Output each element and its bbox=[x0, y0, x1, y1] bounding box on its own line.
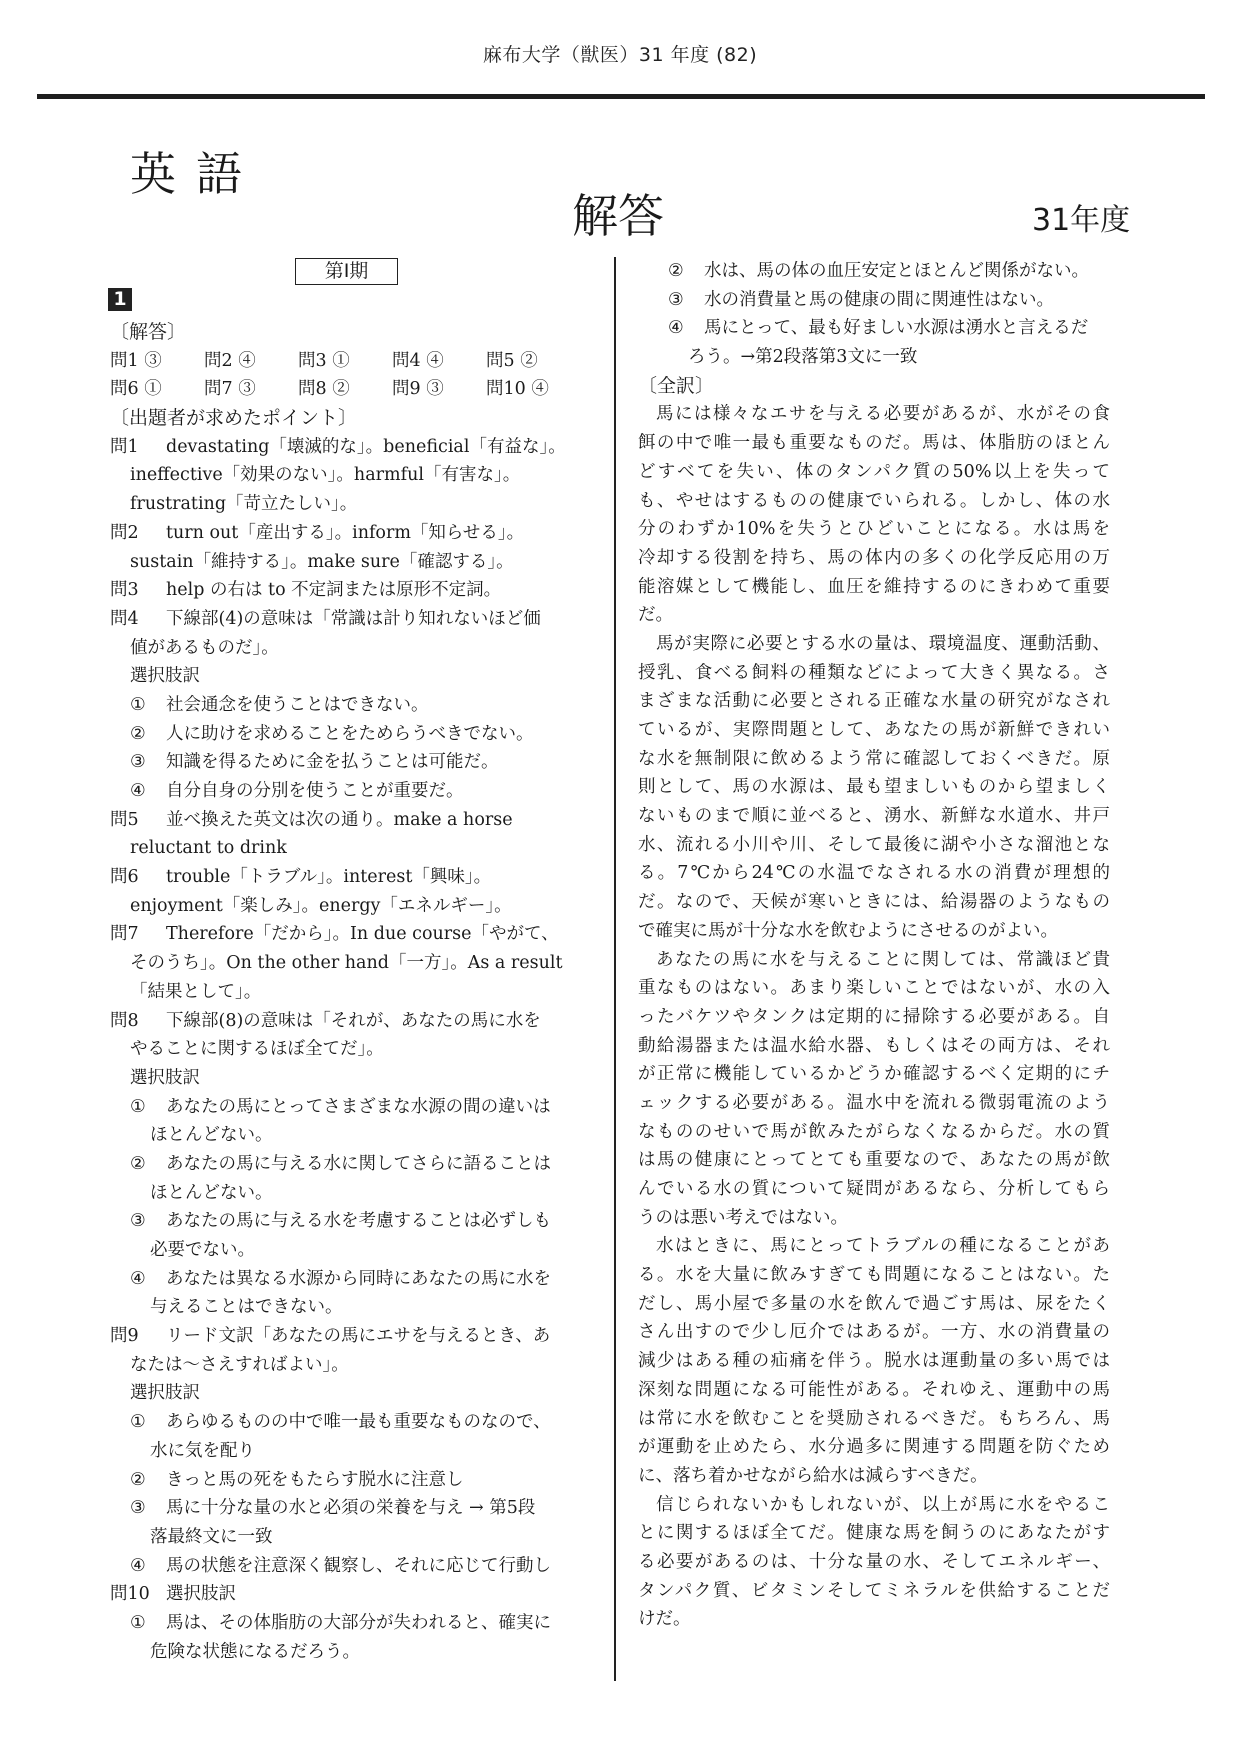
translation-line: る。7℃から24℃の水温でなされる水の消費が理想的 bbox=[638, 859, 1110, 888]
question-explanation-line: 問6trouble「トラブル」。interest「興味」。 bbox=[110, 863, 595, 892]
question-label: 問7 bbox=[110, 920, 166, 949]
translation-line: うのは悪い考えではない。 bbox=[638, 1204, 1110, 1233]
paragraph-start-line: 水はときに、馬にとってトラブルの種になることがあ bbox=[638, 1232, 1110, 1261]
line-text: 与えることはできない。 bbox=[150, 1297, 343, 1317]
choice-number: ① bbox=[130, 1609, 166, 1638]
choice-number: ① bbox=[130, 691, 166, 720]
line-text: 必要でない。 bbox=[150, 1240, 255, 1260]
text-line: frustrating「苛立たしい」。 bbox=[110, 490, 595, 519]
translation-line: ているが、実際問題として、あなたの馬が新鮮できれい bbox=[638, 716, 1110, 745]
choice-line: ①馬は、その体脂肪の大部分が失われると、確実に bbox=[110, 1609, 595, 1638]
answers-heading: 〔解答〕 bbox=[110, 318, 595, 347]
translation-line: が正常に機能しているかどうか確認するべく定期的にチ bbox=[638, 1060, 1110, 1089]
paragraph-start-line: 馬には様々なエサを与える必要があるが、水がその食 bbox=[638, 400, 1110, 429]
question-label: 問10 bbox=[110, 1580, 166, 1609]
text-line: ほとんどない。 bbox=[110, 1179, 595, 1208]
translation-line: だ。なので、天候が寒いときには、給湯器のようなもの bbox=[638, 888, 1110, 917]
line-text: あらゆるものの中で唯一最も重要なものなので、 bbox=[166, 1412, 551, 1432]
translation-line: だし、馬小屋で多量の水を飲んで過ごす馬は、尿をたく bbox=[638, 1290, 1110, 1319]
choice-number: ③ bbox=[130, 1207, 166, 1236]
text-line: やることに関するほぼ全てだ」。 bbox=[110, 1035, 595, 1064]
answer-item: 問8 ② bbox=[298, 375, 376, 404]
explanation-list: 問1devastating「壊滅的な」。beneficial「有益な」。inef… bbox=[110, 433, 595, 1667]
translation-line: とに関するほぼ全てだ。健康な馬を飼うのにあなたがす bbox=[638, 1519, 1110, 1548]
choice-number: ② bbox=[130, 1150, 166, 1179]
line-text: 「結果として」。 bbox=[130, 982, 261, 1002]
translation-line: どすべてを失い、体のタンパク質の50%以上を失って bbox=[638, 458, 1110, 487]
options-continued: ②水は、馬の体の血圧安定とほとんど関係がない。③水の消費量と馬の健康の間に関連性… bbox=[648, 257, 1128, 372]
text-line: そのうち」。On the other hand「一方」。As a result bbox=[110, 949, 595, 978]
question-explanation-line: 問2turn out「産出する」。inform「知らせる」。 bbox=[110, 519, 595, 548]
paragraph-start-line: あなたの馬に水を与えることに関しては、常識ほど貴 bbox=[638, 946, 1110, 975]
translation-line: ェックする必要がある。温水中を流れる微弱電流のよう bbox=[638, 1089, 1110, 1118]
translation-line: 重なものはない。あまり楽しいことではないが、水の入 bbox=[638, 974, 1110, 1003]
line-text: あなたは異なる水源から同時にあなたの馬に水を bbox=[166, 1269, 551, 1289]
line-text: 選択肢訳 bbox=[130, 666, 200, 686]
choice-number: ① bbox=[130, 1093, 166, 1122]
line-text: 知識を得るために金を払うことは可能だ。 bbox=[166, 752, 499, 772]
question-label: 問1 bbox=[110, 433, 166, 462]
translation-line: 冷却する役割を持ち、馬の体内の多くの化学反応用の万 bbox=[638, 544, 1110, 573]
translation-line: な水を無制限に飲めるよう常に確認しておくべきだ。原 bbox=[638, 745, 1110, 774]
translation-line: 分のわずか10%を失うとひどいことになる。水は馬を bbox=[638, 515, 1110, 544]
line-text: 下線部(8)の意味は「それが、あなたの馬に水を bbox=[166, 1011, 541, 1031]
question-explanation-line: 問9リード文訳「あなたの馬にエサを与えるとき、あ bbox=[110, 1322, 595, 1351]
translation-line: も、やせはするものの健康でいられる。しかし、体の水 bbox=[638, 487, 1110, 516]
translation-line: だ。 bbox=[638, 601, 1110, 630]
line-text: そのうち」。On the other hand「一方」。As a result bbox=[130, 953, 562, 973]
translation-line: 水、流れる小川や川、そして最後に湖や小さな溜池とな bbox=[638, 831, 1110, 860]
translation-line: 動給湯器または温水給水器、もしくはその両方は、それ bbox=[638, 1032, 1110, 1061]
line-text: あなたの馬に与える水を考慮することは必ずしも bbox=[166, 1211, 551, 1231]
choice-number: ① bbox=[130, 1408, 166, 1437]
choice-number: ④ bbox=[130, 777, 166, 806]
year-label: 31年度 bbox=[1032, 195, 1130, 239]
line-text: 値があるものだ」。 bbox=[130, 638, 279, 658]
line-text: Therefore「だから」。In due course「やがて、 bbox=[166, 924, 559, 944]
text-line: 選択肢訳 bbox=[110, 1379, 595, 1408]
question-label: 問4 bbox=[110, 605, 166, 634]
choice-number: ④ bbox=[668, 314, 704, 343]
line-text: devastating「壊滅的な」。beneficial「有益な」。 bbox=[166, 437, 566, 457]
line-text: リード文訳「あなたの馬にエサを与えるとき、あ bbox=[166, 1326, 550, 1346]
choice-line: ③知識を得るために金を払うことは可能だ。 bbox=[110, 748, 595, 777]
answer-row-2: 問6 ①問7 ③問8 ②問9 ③問10 ④ bbox=[110, 375, 595, 404]
answer-item: 問6 ① bbox=[110, 375, 188, 404]
points-heading: 〔出題者が求めたポイント〕 bbox=[110, 404, 595, 433]
translation-line: に、落ち着かせながら給水は減らすべきだ。 bbox=[638, 1462, 1110, 1491]
document-title: 解答 bbox=[572, 180, 664, 246]
choice-number: ② bbox=[130, 1466, 166, 1495]
line-text: 選択肢訳 bbox=[130, 1068, 200, 1088]
question-label: 問3 bbox=[110, 576, 166, 605]
choice-number: ② bbox=[668, 257, 704, 286]
text-line: ineffective「効果のない」。harmful「有害な」。 bbox=[110, 461, 595, 490]
choice-line: ①あらゆるものの中で唯一最も重要なものなので、 bbox=[110, 1408, 595, 1437]
text-line: 危険な状態になるだろう。 bbox=[110, 1638, 595, 1667]
line-text: ineffective「効果のない」。harmful「有害な」。 bbox=[130, 465, 520, 485]
text-line: 落最終文に一致 bbox=[110, 1523, 595, 1552]
translation-line: る。水を大量に飲みすぎても問題になることはない。た bbox=[638, 1261, 1110, 1290]
line-text: 馬は、その体脂肪の大部分が失われると、確実に bbox=[166, 1613, 551, 1633]
line-text: reluctant to drink bbox=[130, 838, 287, 858]
text-line: enjoyment「楽しみ」。energy「エネルギー」。 bbox=[110, 892, 595, 921]
answer-item: 問2 ④ bbox=[204, 347, 282, 376]
line-text: help の右は to 不定詞または原形不定詞。 bbox=[166, 580, 501, 600]
line-text: 下線部(4)の意味は「常識は計り知れないほど価 bbox=[166, 609, 541, 629]
question-explanation-line: 問5並べ換えた英文は次の通り。make a horse bbox=[110, 806, 595, 835]
translation-line: 減少はある種の疝痛を伴う。脱水は運動量の多い馬では bbox=[638, 1347, 1110, 1376]
line-text: turn out「産出する」。inform「知らせる」。 bbox=[166, 523, 524, 543]
question-label: 問8 bbox=[110, 1007, 166, 1036]
line-text: 人に助けを求めることをためらうべきでない。 bbox=[166, 724, 534, 744]
choice-line: ④馬にとって、最も好ましい水源は湧水と言えるだ bbox=[648, 314, 1128, 343]
question-explanation-line: 問1devastating「壊滅的な」。beneficial「有益な」。 bbox=[110, 433, 595, 462]
text-line: 「結果として」。 bbox=[110, 978, 595, 1007]
choice-line: ①あなたの馬にとってさまざまな水源の間の違いは bbox=[110, 1093, 595, 1122]
choice-line: ④馬の状態を注意深く観察し、それに応じて行動し bbox=[110, 1552, 595, 1581]
line-text: 水に気を配り bbox=[150, 1441, 255, 1461]
subject-title: 英語 bbox=[130, 138, 262, 204]
choice-line: ②あなたの馬に与える水に関してさらに語ることは bbox=[110, 1150, 595, 1179]
full-translation: 馬には様々なエサを与える必要があるが、水がその食餌の中で唯一最も重要なものだ。馬… bbox=[648, 400, 1128, 1634]
line-text: 馬にとって、最も好ましい水源は湧水と言えるだ bbox=[704, 318, 1088, 338]
line-text: 選択肢訳 bbox=[130, 1383, 200, 1403]
line-text: 並べ換えた英文は次の通り。make a horse bbox=[166, 810, 513, 830]
translation-line: 授乳、食べる飼料の種類などによって大きく異なる。さ bbox=[638, 659, 1110, 688]
choice-line: ②きっと馬の死をもたらす脱水に注意し bbox=[110, 1466, 595, 1495]
choice-line: ④自分自身の分別を使うことが重要だ。 bbox=[110, 777, 595, 806]
question-explanation-line: 問7Therefore「だから」。In due course「やがて、 bbox=[110, 920, 595, 949]
translation-line: 能溶媒として機能し、血圧を維持するのにきわめて重要 bbox=[638, 573, 1110, 602]
question-explanation-line: 問3help の右は to 不定詞または原形不定詞。 bbox=[110, 576, 595, 605]
choice-number: ② bbox=[130, 720, 166, 749]
translation-line: ないものまで順に並べると、湧水、新鮮な水道水、井戸 bbox=[638, 802, 1110, 831]
question-explanation-line: 問10選択肢訳 bbox=[110, 1580, 595, 1609]
line-text: なたは〜さえすればよい」。 bbox=[130, 1355, 349, 1375]
choice-line: ③水の消費量と馬の健康の間に関連性はない。 bbox=[648, 286, 1128, 315]
line-text: ほとんどない。 bbox=[150, 1183, 273, 1203]
question-explanation-line: 問8下線部(8)の意味は「それが、あなたの馬に水を bbox=[110, 1007, 595, 1036]
line-text: 馬の状態を注意深く観察し、それに応じて行動し bbox=[166, 1556, 551, 1576]
answer-item: 問4 ④ bbox=[392, 347, 470, 376]
line-text: 水の消費量と馬の健康の間に関連性はない。 bbox=[704, 290, 1054, 310]
line-text: 社会通念を使うことはできない。 bbox=[166, 695, 429, 715]
paragraph-start-line: 馬が実際に必要とする水の量は、環境温度、運動活動、 bbox=[638, 630, 1110, 659]
line-text: 自分自身の分別を使うことが重要だ。 bbox=[166, 781, 464, 801]
translation-line: 深刻な問題になる可能性がある。それゆえ、運動中の馬 bbox=[638, 1376, 1110, 1405]
line-text: やることに関するほぼ全てだ」。 bbox=[130, 1039, 384, 1059]
question-label: 問2 bbox=[110, 519, 166, 548]
text-line: 与えることはできない。 bbox=[110, 1293, 595, 1322]
translation-line: 餌の中で唯一最も重要なものだ。馬は、体脂肪のほとん bbox=[638, 429, 1110, 458]
question-label: 問9 bbox=[110, 1322, 166, 1351]
choice-line: ②人に助けを求めることをためらうべきでない。 bbox=[110, 720, 595, 749]
question-number-badge: 1 bbox=[108, 288, 132, 311]
translation-line: る必要があるのは、十分な量の水、そしてエネルギー、 bbox=[638, 1548, 1110, 1577]
text-line: sustain「維持する」。make sure「確認する」。 bbox=[110, 548, 595, 577]
line-text: 落最終文に一致 bbox=[150, 1527, 273, 1547]
answer-item: 問7 ③ bbox=[204, 375, 282, 404]
translation-line: は馬の健康にとってとても重要なので、あなたの馬が飲 bbox=[638, 1146, 1110, 1175]
answer-item: 問10 ④ bbox=[486, 375, 564, 404]
line-text: きっと馬の死をもたらす脱水に注意し bbox=[166, 1470, 464, 1490]
paragraph-start-line: 信じられないかもしれないが、以上が馬に水をやるこ bbox=[638, 1491, 1110, 1520]
translation-line: まざまな活動に必要とされる正確な水量の研究がなされ bbox=[638, 687, 1110, 716]
choice-number: ④ bbox=[130, 1552, 166, 1581]
choice-number: ③ bbox=[130, 1494, 166, 1523]
line-text: あなたの馬に与える水に関してさらに語ることは bbox=[166, 1154, 551, 1174]
choice-number: ③ bbox=[668, 286, 704, 315]
choice-line: ①社会通念を使うことはできない。 bbox=[110, 691, 595, 720]
period-label: 第Ⅰ期 bbox=[295, 258, 398, 285]
line-text: trouble「トラブル」。interest「興味」。 bbox=[166, 867, 491, 887]
question-label: 問6 bbox=[110, 863, 166, 892]
line-text: frustrating「苛立たしい」。 bbox=[130, 494, 357, 514]
right-column: ②水は、馬の体の血圧安定とほとんど関係がない。③水の消費量と馬の健康の間に関連性… bbox=[648, 257, 1128, 1634]
choice-line: ③馬に十分な量の水と必須の栄養を与え → 第5段 bbox=[110, 1494, 595, 1523]
line-text: 馬に十分な量の水と必須の栄養を与え → 第5段 bbox=[166, 1498, 535, 1518]
line-text: ほとんどない。 bbox=[150, 1125, 273, 1145]
line-text: 選択肢訳 bbox=[166, 1584, 236, 1604]
translation-line: 則として、馬の水源は、最も望ましいものから望ましく bbox=[638, 773, 1110, 802]
running-header: 麻布大学（獣医）31 年度 (82) bbox=[0, 40, 1240, 67]
translation-line: なもののせいで馬が飲みたがらなくなるからだ。水の質 bbox=[638, 1118, 1110, 1147]
translation-line: が運動を止めたら、水分過多に関連する問題を防ぐため bbox=[638, 1433, 1110, 1462]
line-text: あなたの馬にとってさまざまな水源の間の違いは bbox=[166, 1097, 551, 1117]
translation-line: さん出すので少し厄介ではあるが。一方、水の消費量の bbox=[638, 1318, 1110, 1347]
question-explanation-line: 問4下線部(4)の意味は「常識は計り知れないほど価 bbox=[110, 605, 595, 634]
answer-item: 問1 ③ bbox=[110, 347, 188, 376]
translation-line: んでいる水の質について疑問があるなら、分析してもら bbox=[638, 1175, 1110, 1204]
left-column: 〔解答〕 問1 ③問2 ④問3 ①問4 ④問5 ② 問6 ①問7 ③問8 ②問9… bbox=[110, 318, 595, 1666]
choice-line: ②水は、馬の体の血圧安定とほとんど関係がない。 bbox=[648, 257, 1128, 286]
translation-line: は常に水を飲むことを奨励されるべきだ。もちろん、馬 bbox=[638, 1405, 1110, 1434]
choice-line: ④あなたは異なる水源から同時にあなたの馬に水を bbox=[110, 1265, 595, 1294]
text-line: 値があるものだ」。 bbox=[110, 634, 595, 663]
answer-item: 問3 ① bbox=[298, 347, 376, 376]
translation-line: ったバケツやタンクは定期的に掃除する必要がある。自 bbox=[638, 1003, 1110, 1032]
choice-line: ③あなたの馬に与える水を考慮することは必ずしも bbox=[110, 1207, 595, 1236]
text-line: 選択肢訳 bbox=[110, 662, 595, 691]
line-text: 危険な状態になるだろう。 bbox=[150, 1642, 360, 1662]
question-label: 問5 bbox=[110, 806, 166, 835]
column-divider bbox=[614, 257, 616, 1681]
line-text: ろう。→第2段落第3文に一致 bbox=[688, 347, 917, 367]
line-text: enjoyment「楽しみ」。energy「エネルギー」。 bbox=[130, 896, 512, 916]
header-rule bbox=[37, 94, 1205, 99]
line-text: sustain「維持する」。make sure「確認する」。 bbox=[130, 552, 514, 572]
text-line: 水に気を配り bbox=[110, 1437, 595, 1466]
line-text: 水は、馬の体の血圧安定とほとんど関係がない。 bbox=[704, 261, 1089, 281]
translation-line: で確実に馬が十分な水を飲むようにさせるのがよい。 bbox=[638, 917, 1110, 946]
text-line: 選択肢訳 bbox=[110, 1064, 595, 1093]
answer-item: 問9 ③ bbox=[392, 375, 470, 404]
translation-line: けだ。 bbox=[638, 1605, 1110, 1634]
text-line: 必要でない。 bbox=[110, 1236, 595, 1265]
text-line: なたは〜さえすればよい」。 bbox=[110, 1351, 595, 1380]
answer-row-1: 問1 ③問2 ④問3 ①問4 ④問5 ② bbox=[110, 347, 595, 376]
choice-number: ④ bbox=[130, 1265, 166, 1294]
text-line: reluctant to drink bbox=[110, 834, 595, 863]
text-line: ほとんどない。 bbox=[110, 1121, 595, 1150]
translation-heading: 〔全訳〕 bbox=[638, 372, 1128, 401]
translation-line: タンパク質、ビタミンそしてミネラルを供給することだ bbox=[638, 1577, 1110, 1606]
answer-item: 問5 ② bbox=[486, 347, 564, 376]
choice-number: ③ bbox=[130, 748, 166, 777]
text-line: ろう。→第2段落第3文に一致 bbox=[648, 343, 1128, 372]
